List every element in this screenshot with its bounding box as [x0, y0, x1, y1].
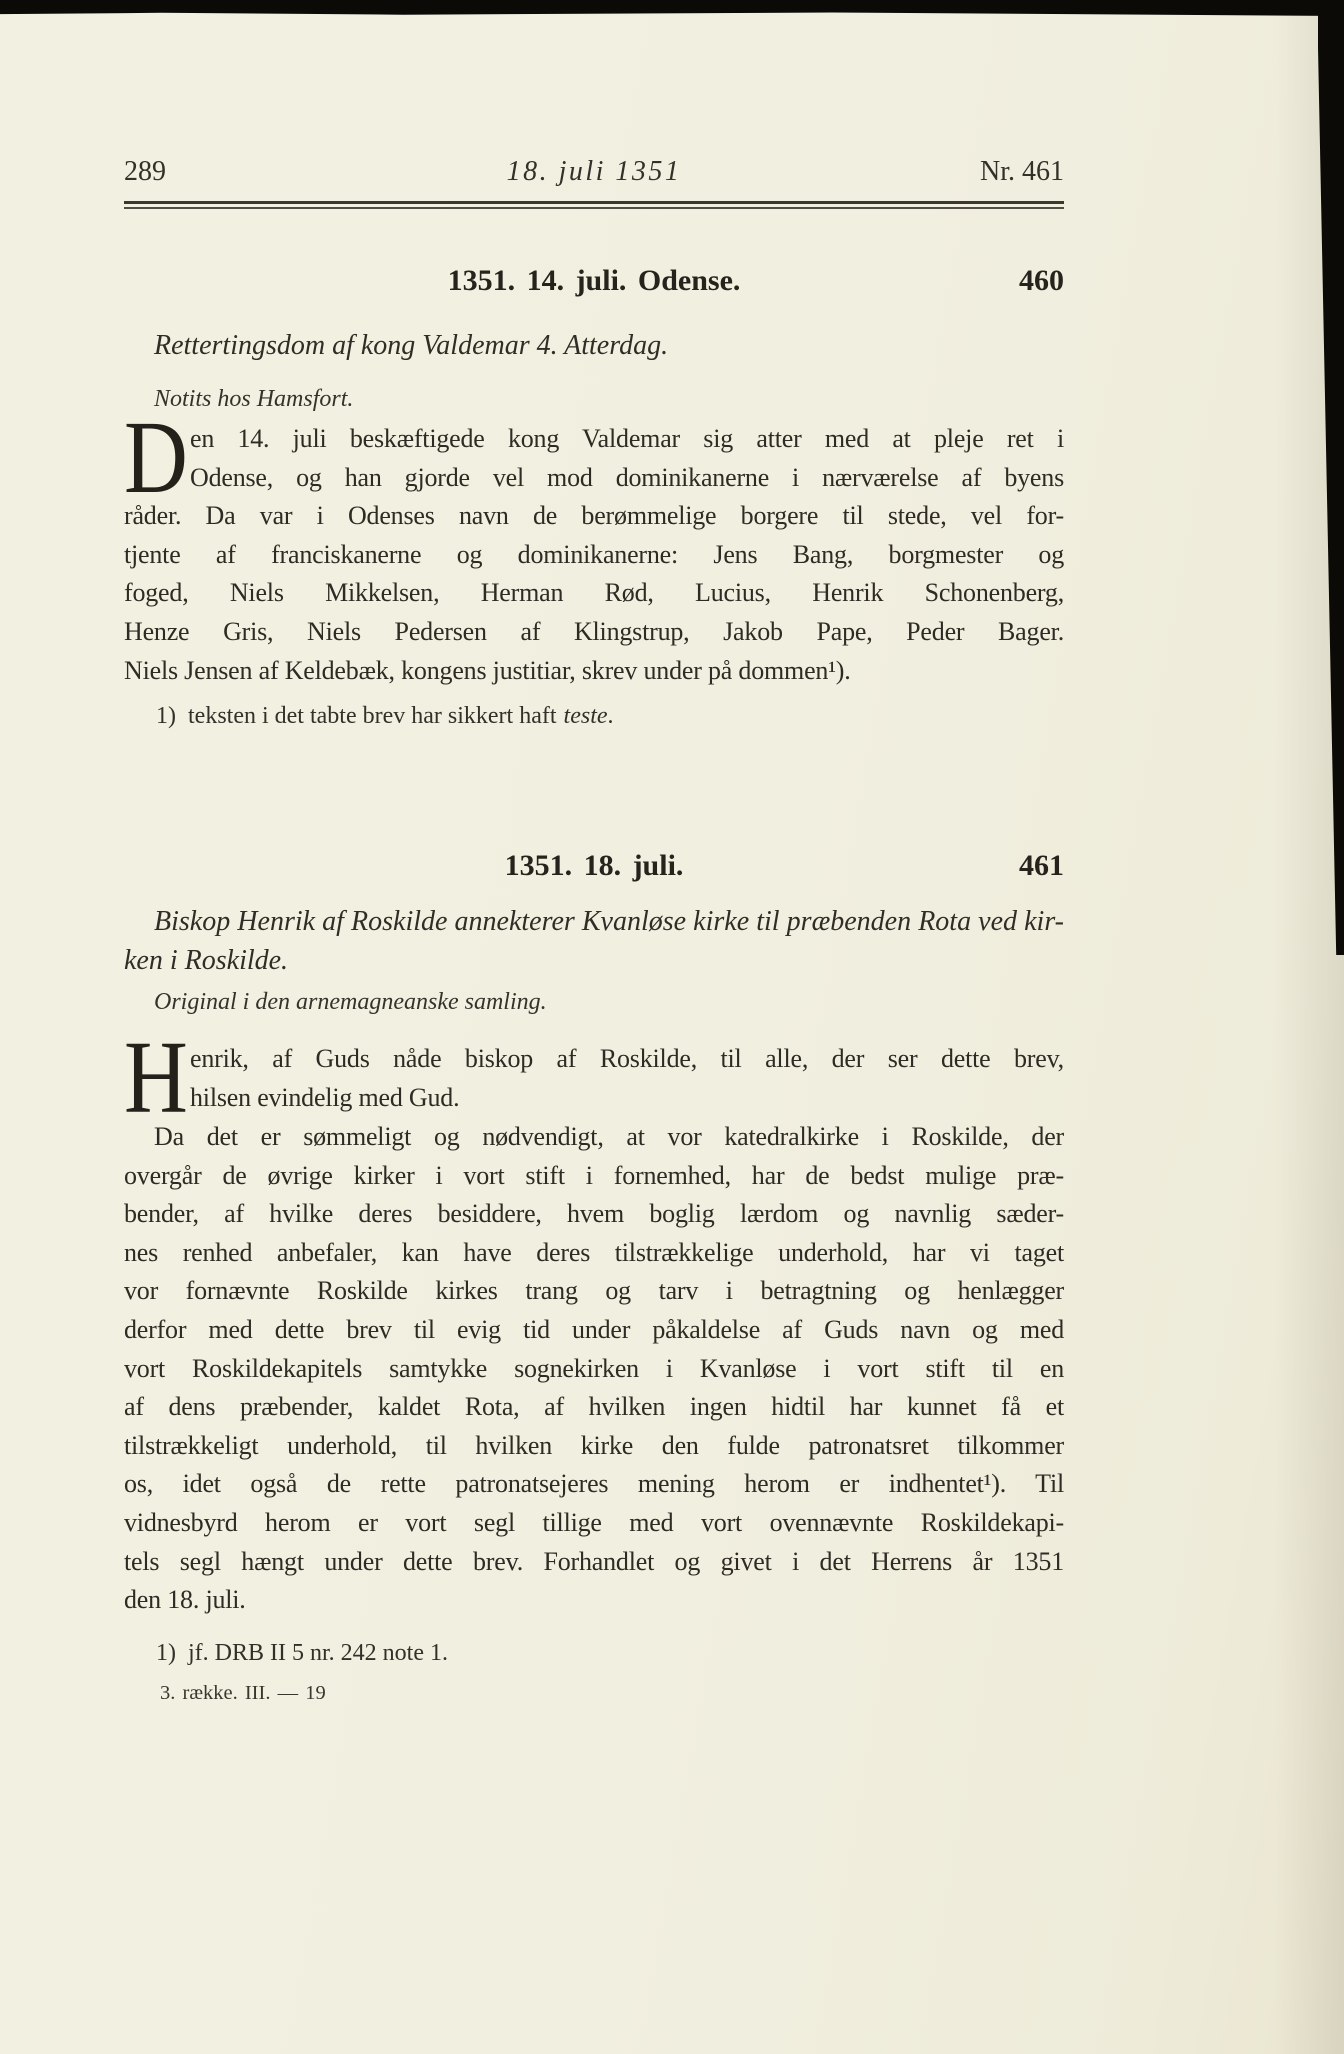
body-line: bender, af hvilke deres besiddere, hvem …: [124, 1195, 1064, 1234]
entry-461-source: Original i den arnemagneanske samling.: [124, 989, 1094, 1016]
summary-line: Rettertingsdom af kong Valdemar 4. Atter…: [124, 326, 1064, 365]
book-page-scan: 289 18. juli 1351 Nr. 461 1351. 14. juli…: [0, 0, 1344, 2054]
entry-460-heading: 1351. 14. juli. Odense. 460: [124, 264, 1064, 300]
footnote-marker: 1): [156, 703, 176, 729]
body-line: nes renhed anbefaler, kan have deres til…: [124, 1234, 1064, 1273]
running-header: 289 18. juli 1351 Nr. 461: [124, 156, 1064, 190]
body-line: tjente af franciskanerne og dominikanern…: [124, 536, 1064, 575]
footnote-text: jf. DRB II 5 nr. 242 note 1.: [188, 1640, 448, 1666]
body-line: en 14. juli beskæftigede kong Valdemar s…: [124, 420, 1064, 459]
entry-number: 461: [1019, 849, 1064, 883]
summary-line: Biskop Henrik af Roskilde annekterer Kva…: [124, 902, 1064, 941]
body-line: af dens præbender, kaldet Rota, af hvilk…: [124, 1388, 1064, 1427]
header-entry-ref: Nr. 461: [980, 156, 1064, 188]
footnote-marker: 1): [156, 1640, 176, 1666]
body-line: hilsen evindelig med Gud.: [124, 1079, 1064, 1118]
entry-460-body: D en 14. juli beskæftigede kong Valdemar…: [124, 420, 1064, 690]
entry-461-footnote: 1)jf. DRB II 5 nr. 242 note 1.: [124, 1640, 1096, 1667]
body-line: os, idet også de rette patronatsejeres m…: [124, 1465, 1064, 1504]
body-line: foged, Niels Mikkelsen, Herman Rød, Luci…: [124, 574, 1064, 613]
entry-461-salutation: H enrik, af Guds nåde biskop af Roskilde…: [124, 1040, 1064, 1117]
entry-461-body: Da det er sømmeligt og nødvendigt, at vo…: [124, 1118, 1064, 1620]
volume-signature-line: 3. række. III. — 19: [124, 1682, 1100, 1705]
entry-461-summary: Biskop Henrik af Roskilde annekterer Kva…: [124, 902, 1064, 980]
body-line: vort Roskildekapitels samtykke sognekirk…: [124, 1350, 1064, 1389]
body-line: Odense, og han gjorde vel mod dominikane…: [124, 459, 1064, 498]
entry-number: 460: [1019, 264, 1064, 298]
body-line: overgår de øvrige kirker i vort stift i …: [124, 1157, 1064, 1196]
drop-cap: D: [124, 406, 188, 510]
scan-top-edge: [0, 0, 1344, 16]
body-line: Henze Gris, Niels Pedersen af Klingstrup…: [124, 613, 1064, 652]
running-title: 18. juli 1351: [124, 156, 1064, 188]
body-line: tels segl hængt under dette brev. Forhan…: [124, 1543, 1064, 1582]
entry-date-place: 1351. 14. juli. Odense.: [124, 264, 1064, 298]
body-line: den 18. juli.: [124, 1581, 1064, 1620]
drop-cap: H: [124, 1026, 188, 1130]
entry-460-footnote: 1)teksten i det tabte brev har sikkert h…: [124, 703, 1096, 730]
body-line: tilstrækkeligt underhold, til hvilken ki…: [124, 1427, 1064, 1466]
header-rule: [124, 201, 1064, 209]
body-line: vidnesbyrd herom er vort segl tillige me…: [124, 1504, 1064, 1543]
footnote-text: teksten i det tabte brev har sikkert haf…: [188, 703, 557, 729]
footnote-italic-term: teste: [564, 703, 608, 729]
body-line: Da det er sømmeligt og nødvendigt, at vo…: [124, 1118, 1064, 1157]
entry-460-source: Notits hos Hamsfort.: [124, 386, 1094, 413]
body-line: råder. Da var i Odenses navn de berømmel…: [124, 497, 1064, 536]
body-line: vor fornævnte Roskilde kirkes trang og t…: [124, 1272, 1064, 1311]
body-line: derfor med dette brev til evig tid under…: [124, 1311, 1064, 1350]
footnote-suffix: .: [608, 703, 614, 729]
summary-line: ken i Roskilde.: [124, 941, 1064, 980]
entry-date-place: 1351. 18. juli.: [124, 849, 1064, 883]
entry-461-heading: 1351. 18. juli. 461: [124, 849, 1064, 885]
body-line: Niels Jensen af Keldebæk, kongens justit…: [124, 652, 1064, 691]
body-line: enrik, af Guds nåde biskop af Roskilde, …: [124, 1040, 1064, 1079]
entry-460-summary: Rettertingsdom af kong Valdemar 4. Atter…: [124, 326, 1064, 365]
